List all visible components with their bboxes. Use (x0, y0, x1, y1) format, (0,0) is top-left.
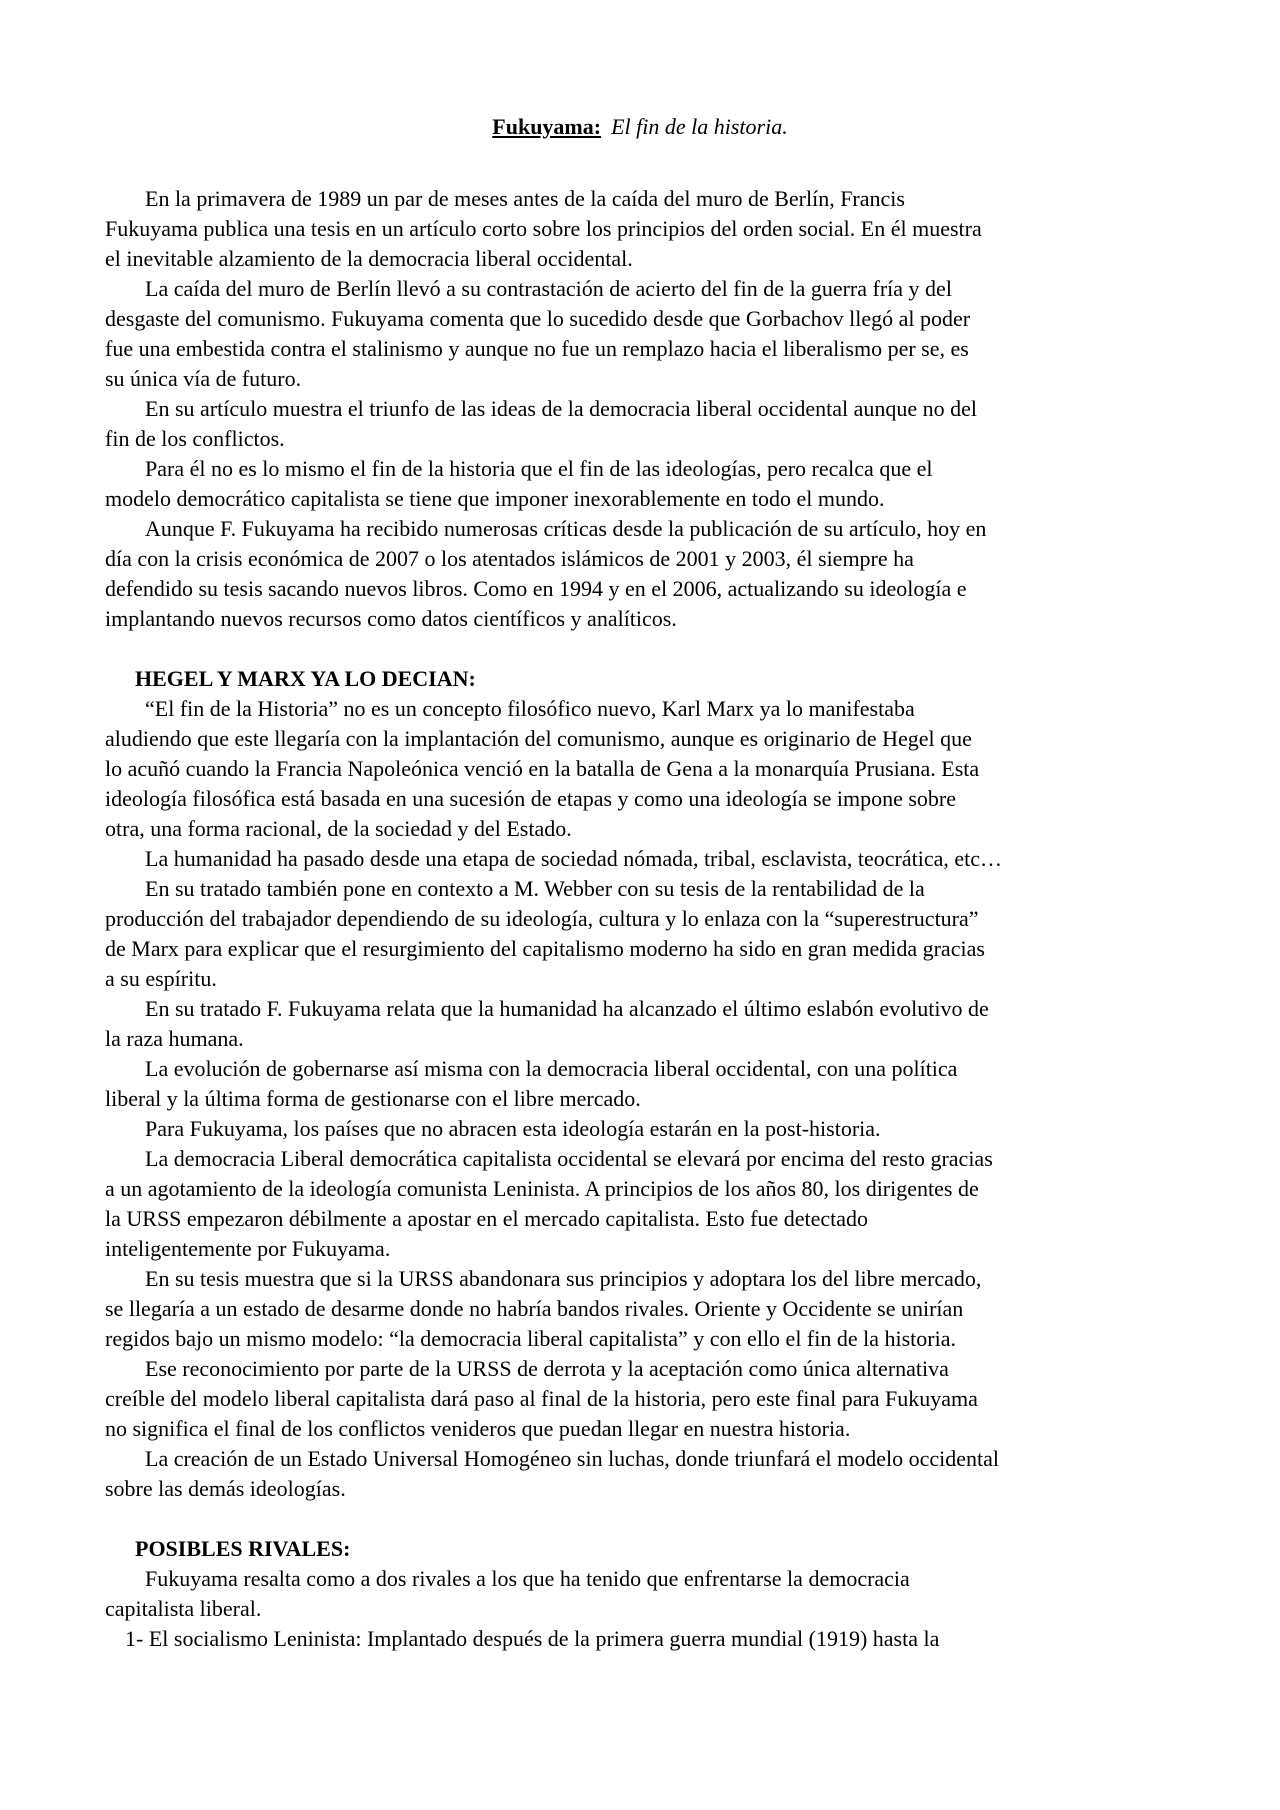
document-content: Fukuyama:El fin de la historia. En la pr… (105, 112, 1175, 1654)
paragraph-hegel-5: La evolución de gobernarse así misma con… (105, 1054, 1175, 1114)
paragraph-rivales-2: 1- El socialismo Leninista: Implantado d… (105, 1624, 1175, 1654)
paragraph-hegel-1: “El fin de la Historia” no es un concept… (105, 694, 1175, 844)
section-heading-posibles-rivales: POSIBLES RIVALES: (105, 1534, 1175, 1564)
title-author: Fukuyama: (492, 114, 601, 139)
document-title: Fukuyama:El fin de la historia. (105, 112, 1175, 142)
paragraph-hegel-4: En su tratado F. Fukuyama relata que la … (105, 994, 1175, 1054)
paragraph-rivales-1: Fukuyama resalta como a dos rivales a lo… (105, 1564, 1175, 1624)
paragraph-intro-3: En su artículo muestra el triunfo de las… (105, 394, 1175, 454)
paragraph-hegel-8: En su tesis muestra que si la URSS aband… (105, 1264, 1175, 1354)
paragraph-hegel-3: En su tratado también pone en contexto a… (105, 874, 1175, 994)
paragraph-intro-5: Aunque F. Fukuyama ha recibido numerosas… (105, 514, 1175, 634)
paragraph-hegel-7: La democracia Liberal democrática capita… (105, 1144, 1175, 1264)
paragraph-hegel-2: La humanidad ha pasado desde una etapa d… (105, 844, 1175, 874)
title-work: El fin de la historia. (611, 114, 788, 139)
paragraph-hegel-6: Para Fukuyama, los países que no abracen… (105, 1114, 1175, 1144)
paragraph-hegel-9: Ese reconocimiento por parte de la URSS … (105, 1354, 1175, 1444)
paragraph-intro-4: Para él no es lo mismo el fin de la hist… (105, 454, 1175, 514)
paragraph-hegel-10: La creación de un Estado Universal Homog… (105, 1444, 1175, 1504)
paragraph-intro-2: La caída del muro de Berlín llevó a su c… (105, 274, 1175, 394)
section-heading-hegel-marx: HEGEL Y MARX YA LO DECIAN: (105, 664, 1175, 694)
paragraph-intro-1: En la primavera de 1989 un par de meses … (105, 184, 1175, 274)
document-page: Fukuyama:El fin de la historia. En la pr… (0, 0, 1280, 1810)
